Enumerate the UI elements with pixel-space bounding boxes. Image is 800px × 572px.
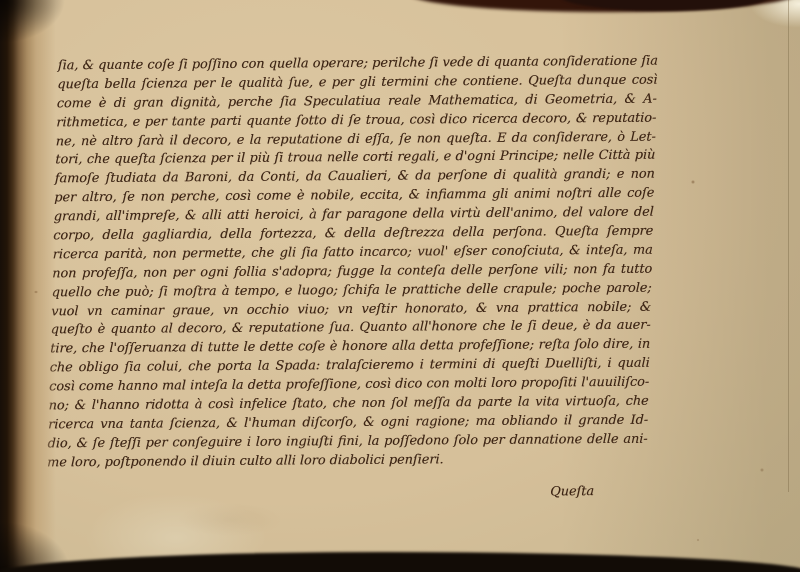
page-text-block: ſia, & quante coſe ſi poſſino con quella…: [46, 53, 658, 505]
bottom-board-edge-shadow: [0, 552, 800, 572]
page-fore-edge: [788, 0, 800, 492]
book-photo: ſia, & quante coſe ſi poſſino con quella…: [0, 0, 800, 572]
top-left-board-shadow: [0, 0, 84, 56]
catchword: Queſta: [550, 484, 594, 499]
text-line: me loro, poſtponendo il diuin culto alli…: [47, 449, 647, 473]
catchword-row: Queſta: [46, 481, 646, 505]
binding-gutter-shadow: [0, 0, 56, 572]
